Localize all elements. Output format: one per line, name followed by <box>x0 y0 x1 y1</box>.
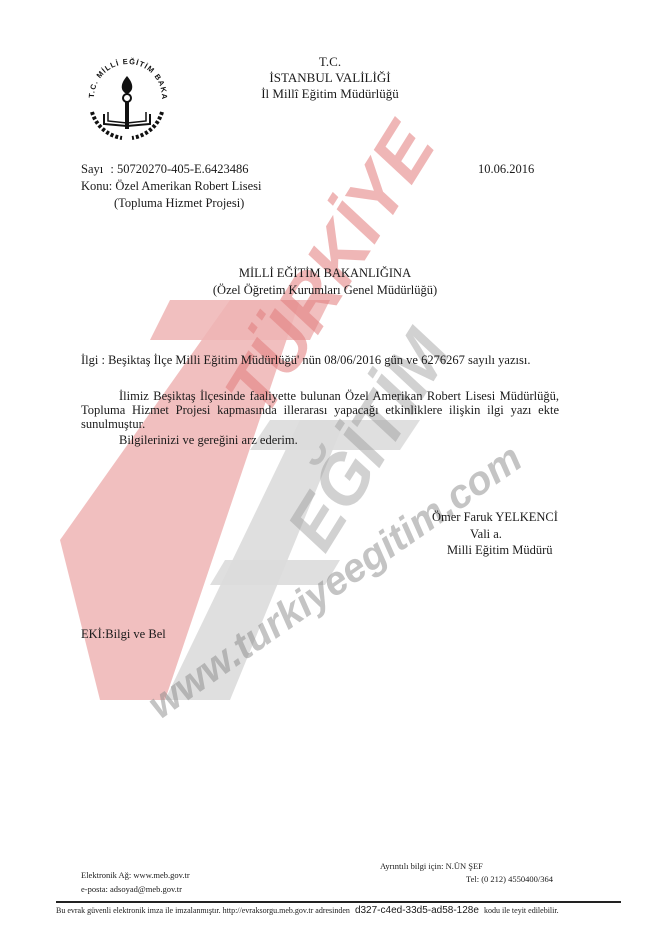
verification-prefix: Bu evrak güvenli elektronik imza ile imz… <box>56 906 350 915</box>
konu-label: Konu: <box>81 179 112 193</box>
verification-code: d327-c4ed-33d5-ad58-128e <box>355 905 479 916</box>
sayi-line: Sayı : 50720270-405-E.6423486 <box>81 162 249 177</box>
svg-text:www.turkiyeegitim.com: www.turkiyeegitim.com <box>140 436 530 727</box>
footer-phone: Tel: (0 212) 4550400/364 <box>466 874 553 885</box>
footer-divider <box>56 901 621 903</box>
letter-body: İlimiz Beşiktaş İlçesinde faaliyette bul… <box>81 389 559 447</box>
verification-suffix: kodu ile teyit edilebilir. <box>484 906 559 915</box>
konu-value: Özel Amerikan Robert Lisesi <box>115 179 261 193</box>
addressee-title: MİLLİ EĞİTİM BAKANLIĞINA <box>180 266 470 281</box>
verification-note: Bu evrak güvenli elektronik imza ile imz… <box>56 905 559 916</box>
body-paragraph: İlimiz Beşiktaş İlçesinde faaliyette bul… <box>81 389 559 431</box>
signer-name: Ömer Faruk YELKENCİ <box>432 510 558 525</box>
konu-subtitle: (Topluma Hizmet Projesi) <box>114 196 244 211</box>
addressee-subtitle: (Özel Öğretim Kurumları Genel Müdürlüğü) <box>180 283 470 298</box>
konu-line: Konu: Özel Amerikan Robert Lisesi <box>81 179 262 194</box>
header-mudurluk: İl Millî Eğitim Müdürlüğü <box>230 86 430 102</box>
signer-title-2: Milli Eğitim Müdürü <box>447 543 553 558</box>
header-valilik: İSTANBUL VALİLİĞİ <box>230 70 430 86</box>
svg-text:T.C. MİLLİ EĞİTİM BAKANLIĞI: T.C. MİLLİ EĞİTİM BAKANLIĞI <box>72 36 169 100</box>
sayi-label: Sayı <box>81 162 103 176</box>
attachment-line: EKİ:Bilgi ve Bel <box>81 627 166 642</box>
signer-title-1: Vali a. <box>470 527 502 542</box>
footer-network: Elektronik Ağ: www.meb.gov.tr <box>81 870 190 881</box>
footer-email: e-posta: adsoyad@meb.gov.tr <box>81 884 182 895</box>
document-date: 10.06.2016 <box>478 162 534 177</box>
footer-contact: Ayrıntılı bilgi için: N.ÜN ŞEF <box>380 861 483 872</box>
sayi-value: : 50720270-405-E.6423486 <box>110 162 248 176</box>
reference-line: İlgi : Beşiktaş İlçe Milli Eğitim Müdürl… <box>81 353 530 368</box>
closing-paragraph: Bilgilerinizi ve gereğini arz ederim. <box>81 433 559 447</box>
meb-emblem-icon: T.C. MİLLİ EĞİTİM BAKANLIĞI <box>72 36 182 146</box>
header-tc: T.C. <box>230 54 430 70</box>
letterhead: T.C. İSTANBUL VALİLİĞİ İl Millî Eğitim M… <box>230 54 430 102</box>
